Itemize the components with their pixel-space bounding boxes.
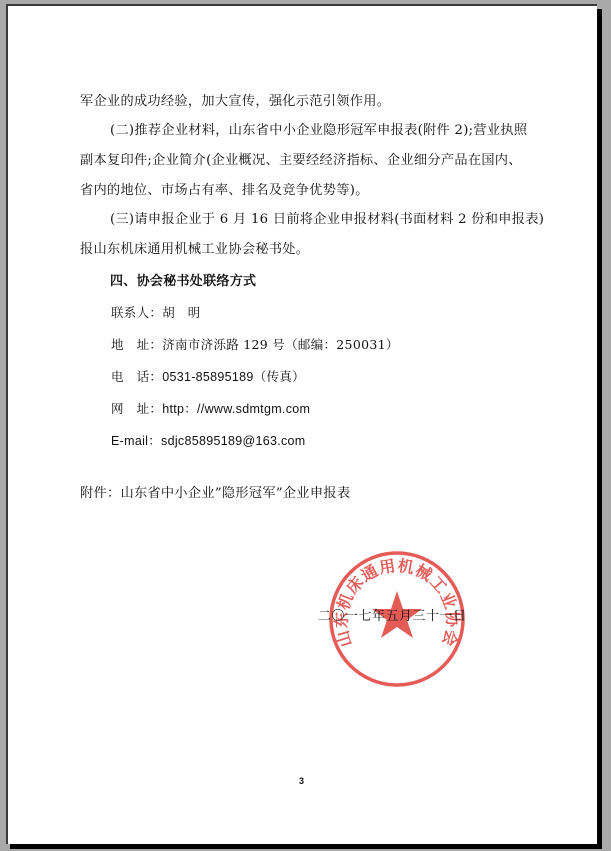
section-heading: 四、协会秘书处联络方式: [110, 274, 256, 290]
page-number: 3: [299, 776, 304, 786]
paragraph-line: (二)推荐企业材料，山东省中小企业隐形冠军申报表(附件 2);营业执照: [110, 123, 527, 139]
contact-phone-value: 0531-85895189（传真）: [162, 370, 305, 384]
contact-address: 地 址：济南市济泺路 129 号（邮编：250031）: [111, 337, 399, 353]
attachment-note: 附件：山东省中小企业”隐形冠军”企业申报表: [80, 486, 350, 502]
paragraph-line: 省内的地位、市场占有率、排名及竞争优势等)。: [80, 183, 369, 199]
contact-person-label: 联系人：: [111, 305, 162, 321]
document-page: 军企业的成功经验，加大宣传，强化示范引领作用。 (二)推荐企业材料，山东省中小企…: [6, 4, 597, 844]
paragraph-line: (三)请申报企业于 6 月 16 日前将企业申报材料(书面材料 2 份和申报表): [110, 212, 544, 228]
contact-person: 联系人：胡 明: [111, 305, 201, 321]
document-date: 二〇一七年五月三十一日: [318, 605, 467, 624]
contact-email-value: sdjc85895189@163.com: [161, 434, 305, 448]
contact-email: E-mail：sdjc85895189@163.com: [111, 433, 306, 449]
contact-address-label: 地 址：: [111, 337, 162, 353]
contact-person-value: 胡 明: [162, 305, 200, 320]
document-viewer: 军企业的成功经验，加大宣传，强化示范引领作用。 (二)推荐企业材料，山东省中小企…: [0, 0, 611, 851]
contact-phone: 电 话：0531-85895189（传真）: [111, 369, 305, 385]
contact-address-value: 济南市济泺路 129 号（邮编：250031）: [162, 337, 398, 352]
paragraph-line: 报山东机床通用机械工业协会秘书处。: [80, 242, 309, 258]
contact-website-value: http：//www.sdmtgm.com: [162, 402, 310, 416]
paragraph-line: 副本复印件;企业简介(企业概况、主要经经济指标、企业细分产品在国内、: [80, 153, 522, 169]
paragraph-line: 军企业的成功经验，加大宣传，强化示范引领作用。: [80, 94, 390, 110]
contact-website-label: 网 址：: [111, 401, 162, 417]
contact-phone-label: 电 话：: [111, 369, 162, 385]
contact-website: 网 址：http：//www.sdmtgm.com: [111, 401, 310, 417]
contact-email-label: E-mail：: [111, 433, 161, 449]
